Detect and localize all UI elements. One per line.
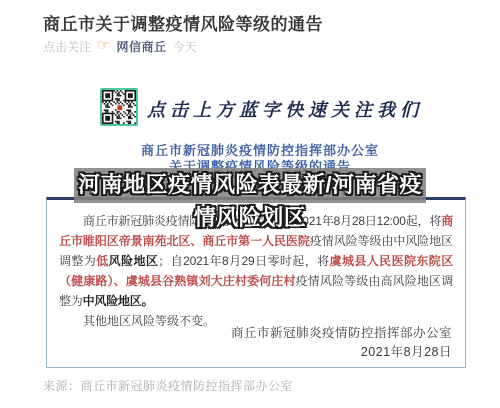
notice-text-segment: 风险地区 (109, 254, 159, 268)
notice-heading-line2: 关于调整疫情风险等级的通告 (20, 159, 500, 175)
notice-heading-line1: 商丘市新冠肺炎疫情防控指挥部办公室 (20, 143, 500, 159)
signature-block: 商丘市新冠肺炎疫情防控指挥部办公室 2021年8月28日 (231, 324, 452, 362)
follow-link[interactable]: 点击关注 (43, 38, 91, 55)
page-title: 商丘市关于调整疫情风险等级的通告 (43, 10, 323, 35)
notice-text-segment: 低 (96, 254, 108, 268)
notice-text-segment: 中风险地区。 (83, 294, 154, 308)
notice-paragraph: 商丘市新冠肺炎疫情防控指挥部决定，自2021年8月28日12:00起，将商丘市睢… (59, 211, 453, 311)
notice-text-segment: 商丘市新冠肺炎疫情防控指挥部决定，自2021年8月28日12:00起，将 (83, 214, 441, 228)
publish-time: 今天 (172, 38, 196, 55)
signature-date: 2021年8月28日 (231, 343, 452, 362)
notice-box: 商丘市新冠肺炎疫情防控指挥部决定，自2021年8月28日12:00起，将商丘市睢… (46, 197, 466, 368)
wechat-article-page: 商丘市关于调整疫情风险等级的通告 点击关注 ☞ 网信商丘 今天 点击上方蓝字快速… (0, 0, 500, 408)
byline: 点击关注 ☞ 网信商丘 今天 (43, 38, 197, 54)
notice-text-segment: ；自2021年8月29日零时起，将 (158, 254, 329, 268)
notice-heading: 商丘市新冠肺炎疫情防控指挥部办公室 关于调整疫情风险等级的通告 (20, 143, 500, 175)
qr-code-icon (100, 88, 138, 126)
banner-follow-text: 点击上方蓝字快速关注我们 (147, 96, 423, 122)
signature-office: 商丘市新冠肺炎疫情防控指挥部办公室 (231, 324, 452, 343)
source-line: 来源：商丘市新冠肺炎疫情防控指挥部办公室 (43, 377, 293, 394)
hand-pointer-icon: ☞ (97, 40, 110, 52)
account-link[interactable]: 网信商丘 (116, 38, 166, 55)
